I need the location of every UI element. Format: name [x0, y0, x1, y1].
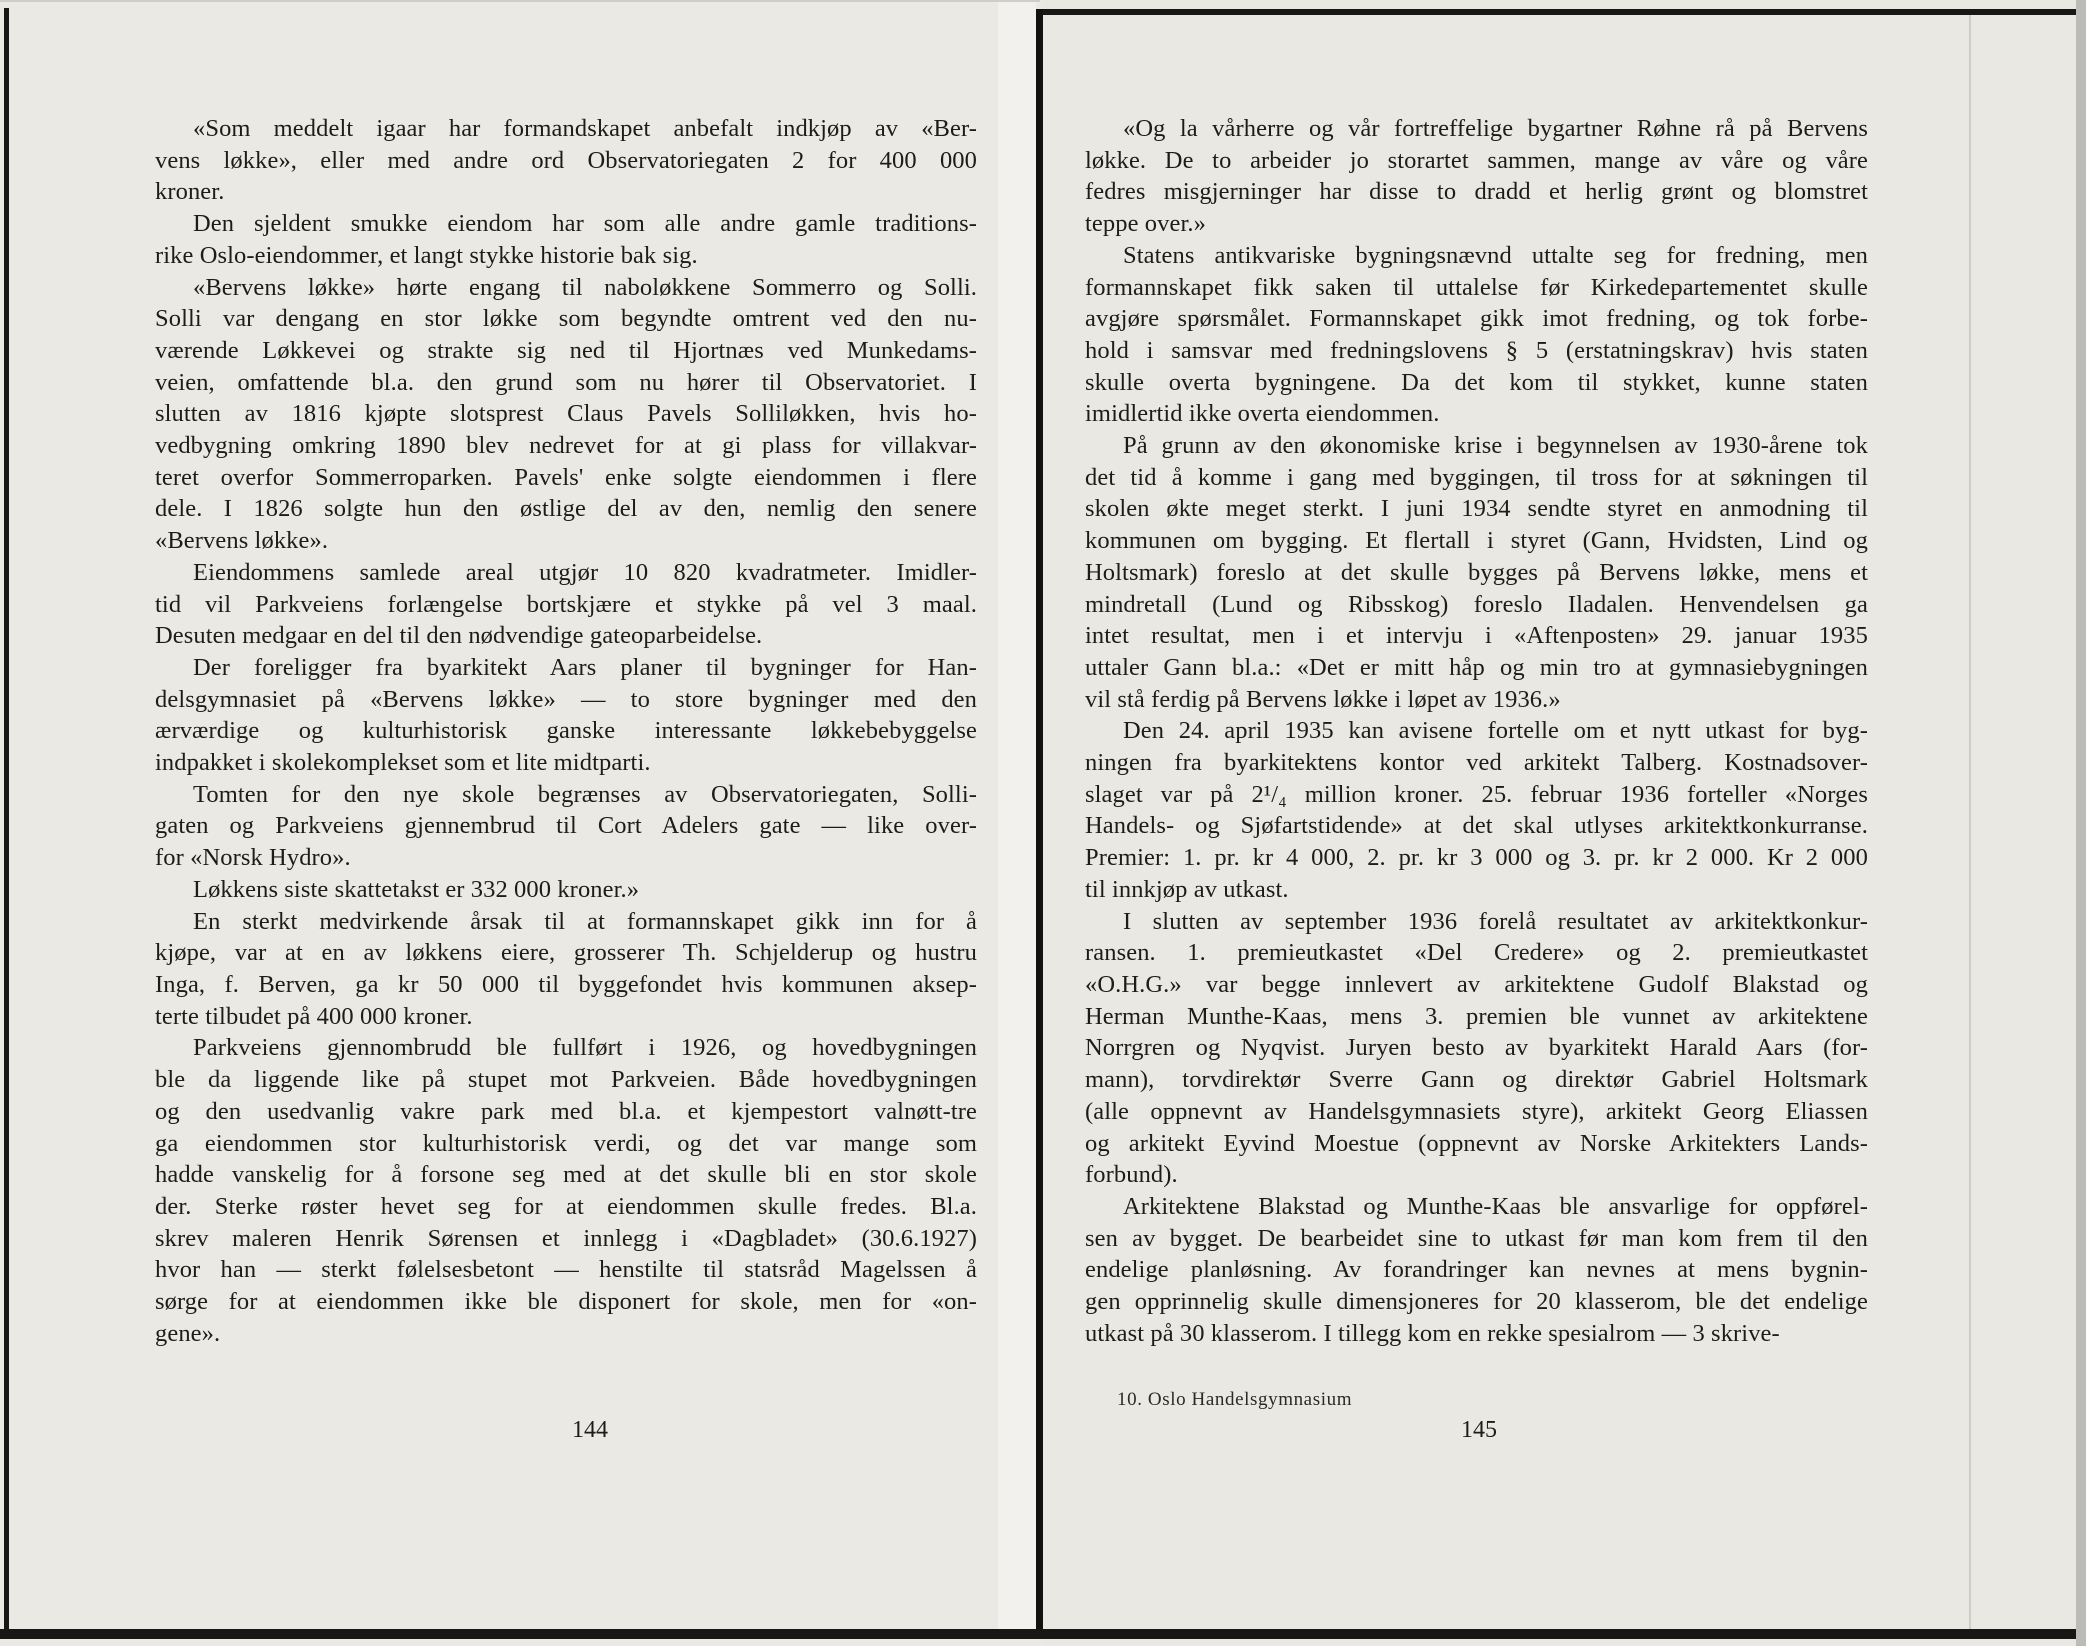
text-line: delsgymnasiet på «Bervens løkke» — to st… [155, 684, 977, 716]
text-line: dele. I 1826 solgte hun den østlige del … [155, 493, 977, 525]
paragraph: Den sjeldent smukke eiendom har som alle… [155, 208, 977, 271]
text-line: Løkkens siste skattetakst er 332 000 kro… [155, 874, 977, 906]
paragraph: Statens antikvariske bygningsnævnd uttal… [1085, 240, 1868, 430]
scan-right-edge [2076, 0, 2086, 1646]
text-line: ga eiendommen stor kulturhistorisk verdi… [155, 1128, 977, 1160]
paragraph: «Bervens løkke» hørte engang til naboløk… [155, 272, 977, 557]
text-line: En sterkt medvirkende årsak til at forma… [155, 906, 977, 938]
text-line: «Som meddelt igaar har formandskapet anb… [155, 113, 977, 145]
text-line: I slutten av september 1936 forelå resul… [1085, 906, 1868, 938]
text-line: ransen. 1. premieutkastet «Del Credere» … [1085, 937, 1868, 969]
text-line: hadde vanskelig for å forsone seg med at… [155, 1159, 977, 1191]
paragraph: Eiendommens samlede areal utgjør 10 820 … [155, 557, 977, 652]
text-line: slutten av 1816 kjøpte slotsprest Claus … [155, 398, 977, 430]
text-line: terte tilbudet på 400 000 kroner. [155, 1001, 977, 1033]
text-line: (alle oppnevnt av Handelsgymnasiets styr… [1085, 1096, 1868, 1128]
paragraph: Den 24. april 1935 kan avisene fortelle … [1085, 715, 1868, 905]
text-line: til innkjøp av utkast. [1085, 874, 1868, 906]
right-page-text-column: «Og la vårherre og vår fortreffelige byg… [1085, 113, 1868, 1349]
text-line: teret overfor Sommerroparken. Pavels' en… [155, 462, 977, 494]
text-line: veien, omfattende bl.a. den grund som nu… [155, 367, 977, 399]
text-line: ningen fra byarkitektens kontor ved arki… [1085, 747, 1868, 779]
text-line: det tid å komme i gang med byggingen, ti… [1085, 462, 1868, 494]
text-line: gene». [155, 1318, 977, 1350]
text-line: ærværdige og kulturhistorisk ganske inte… [155, 715, 977, 747]
text-line: avgjøre spørsmålet. Formannskapet gikk i… [1085, 303, 1868, 335]
paragraph: Løkkens siste skattetakst er 332 000 kro… [155, 874, 977, 906]
page-number-left: 144 [540, 1417, 640, 1444]
text-line: gen opprinnelig skulle dimensjoneres for… [1085, 1286, 1868, 1318]
text-line: for «Norsk Hydro». [155, 842, 977, 874]
text-line: værende Løkkevei og strakte sig ned til … [155, 335, 977, 367]
text-line: kroner. [155, 176, 977, 208]
paragraph: I slutten av september 1936 forelå resul… [1085, 906, 1868, 1191]
text-line: Tomten for den nye skole begrænses av Ob… [155, 779, 977, 811]
text-line: Desuten medgaar en del til den nødvendig… [155, 620, 977, 652]
left-page-edge-highlight [998, 0, 1036, 1629]
text-line: På grunn av den økonomiske krise i begyn… [1085, 430, 1868, 462]
text-line: hvor han — sterkt følelsesbetont — henst… [155, 1254, 977, 1286]
text-line: Solli var dengang en stor løkke som begy… [155, 303, 977, 335]
text-line: kommunen om bygging. Et flertall i styre… [1085, 525, 1868, 557]
signature-footnote: 10. Oslo Handelsgymnasium [1117, 1389, 1352, 1411]
text-line: sen av bygget. De bearbeidet sine to utk… [1085, 1223, 1868, 1255]
book-gutter-line [1036, 9, 1043, 1636]
text-line: der. Sterke røster hevet seg for at eien… [155, 1191, 977, 1223]
text-line: Arkitektene Blakstad og Munthe-Kaas ble … [1085, 1191, 1868, 1223]
text-line: rike Oslo-eiendommer, et langt stykke hi… [155, 240, 977, 272]
paragraph: Tomten for den nye skole begrænses av Ob… [155, 779, 977, 874]
paragraph: «Og la vårherre og vår fortreffelige byg… [1085, 113, 1868, 240]
book-spread: «Som meddelt igaar har formandskapet anb… [0, 0, 2086, 1646]
paragraph: «Som meddelt igaar har formandskapet anb… [155, 113, 977, 208]
text-line: imidlertid ikke overta eiendommen. [1085, 398, 1868, 430]
right-page-edge-shadow [1969, 15, 1971, 1629]
text-line: skrev maleren Henrik Sørensen et innlegg… [155, 1223, 977, 1255]
text-line: «O.H.G.» var begge innlevert av arkitekt… [1085, 969, 1868, 1001]
text-line: fedres misgjerninger har disse to dradd … [1085, 176, 1868, 208]
text-line: uttaler Gann bl.a.: «Det er mitt håp og … [1085, 652, 1868, 684]
text-line: kjøpe, var at en av løkkens eiere, gross… [155, 937, 977, 969]
text-line: «Bervens løkke». [155, 525, 977, 557]
text-line: vens løkke», eller med andre ord Observa… [155, 145, 977, 177]
text-line: hold i samsvar med fredningslovens § 5 (… [1085, 335, 1868, 367]
text-line: og den usedvanlig vakre park med bl.a. e… [155, 1096, 977, 1128]
right-page: «Og la vårherre og vår fortreffelige byg… [1043, 0, 2076, 1646]
text-line: løkke. De to arbeider jo storartet samme… [1085, 145, 1868, 177]
text-line: Norrgren og Nyqvist. Juryen besto av bya… [1085, 1032, 1868, 1064]
text-line: mindretall (Lund og Ribsskog) foreslo Il… [1085, 589, 1868, 621]
scan-top-edge [0, 0, 1040, 2]
left-page-text-column: «Som meddelt igaar har formandskapet anb… [155, 113, 977, 1349]
text-line: Parkveiens gjennombrudd ble fullført i 1… [155, 1032, 977, 1064]
left-page: «Som meddelt igaar har formandskapet anb… [9, 0, 1036, 1646]
text-line: vil stå ferdig på Bervens løkke i løpet … [1085, 684, 1868, 716]
paragraph: Arkitektene Blakstad og Munthe-Kaas ble … [1085, 1191, 1868, 1350]
text-line: Den 24. april 1935 kan avisene fortelle … [1085, 715, 1868, 747]
text-line: teppe over.» [1085, 208, 1868, 240]
text-line: gaten og Parkveiens gjennembrud til Cort… [155, 810, 977, 842]
text-line: skolen økte meget sterkt. I juni 1934 se… [1085, 493, 1868, 525]
page-number-right: 145 [1429, 1417, 1529, 1444]
scan-border-left [4, 8, 9, 1638]
paragraph: Der foreligger fra byarkitekt Aars plane… [155, 652, 977, 779]
text-line: Den sjeldent smukke eiendom har som alle… [155, 208, 977, 240]
text-line: ble da liggende like på stupet mot Parkv… [155, 1064, 977, 1096]
text-line: slaget var på 2¹/₄ million kroner. 25. f… [1085, 779, 1868, 811]
scan-border-bottom [0, 1629, 2086, 1639]
text-line: sørge for at eiendommen ikke ble dispone… [155, 1286, 977, 1318]
text-line: intet resultat, men i et intervju i «Aft… [1085, 620, 1868, 652]
text-line: Eiendommens samlede areal utgjør 10 820 … [155, 557, 977, 589]
paragraph: Parkveiens gjennombrudd ble fullført i 1… [155, 1032, 977, 1349]
text-line: skulle overta bygningene. Da det kom til… [1085, 367, 1868, 399]
text-line: forbund). [1085, 1159, 1868, 1191]
text-line: «Og la vårherre og vår fortreffelige byg… [1085, 113, 1868, 145]
text-line: og arkitekt Eyvind Moestue (oppnevnt av … [1085, 1128, 1868, 1160]
scan-border-top-right [1038, 9, 2078, 15]
text-line: endelige planløsning. Av forandringer ka… [1085, 1254, 1868, 1286]
text-line: Inga, f. Berven, ga kr 50 000 til byggef… [155, 969, 977, 1001]
text-line: tid vil Parkveiens forlængelse bortskjær… [155, 589, 977, 621]
text-line: Statens antikvariske bygningsnævnd uttal… [1085, 240, 1868, 272]
text-line: mann), torvdirektør Sverre Gann og direk… [1085, 1064, 1868, 1096]
text-line: Holtsmark) foreslo at det skulle bygges … [1085, 557, 1868, 589]
text-line: Der foreligger fra byarkitekt Aars plane… [155, 652, 977, 684]
text-line: «Bervens løkke» hørte engang til naboløk… [155, 272, 977, 304]
text-line: formannskapet fikk saken til uttalelse f… [1085, 272, 1868, 304]
text-line: vedbygning omkring 1890 blev nedrevet fo… [155, 430, 977, 462]
text-line: Herman Munthe-Kaas, mens 3. premien ble … [1085, 1001, 1868, 1033]
paragraph: En sterkt medvirkende årsak til at forma… [155, 906, 977, 1033]
text-line: Handels- og Sjøfartstidende» at det skal… [1085, 810, 1868, 842]
text-line: indpakket i skolekomplekset som et lite … [155, 747, 977, 779]
text-line: utkast på 30 klasserom. I tillegg kom en… [1085, 1318, 1868, 1350]
paragraph: På grunn av den økonomiske krise i begyn… [1085, 430, 1868, 715]
text-line: Premier: 1. pr. kr 4 000, 2. pr. kr 3 00… [1085, 842, 1868, 874]
